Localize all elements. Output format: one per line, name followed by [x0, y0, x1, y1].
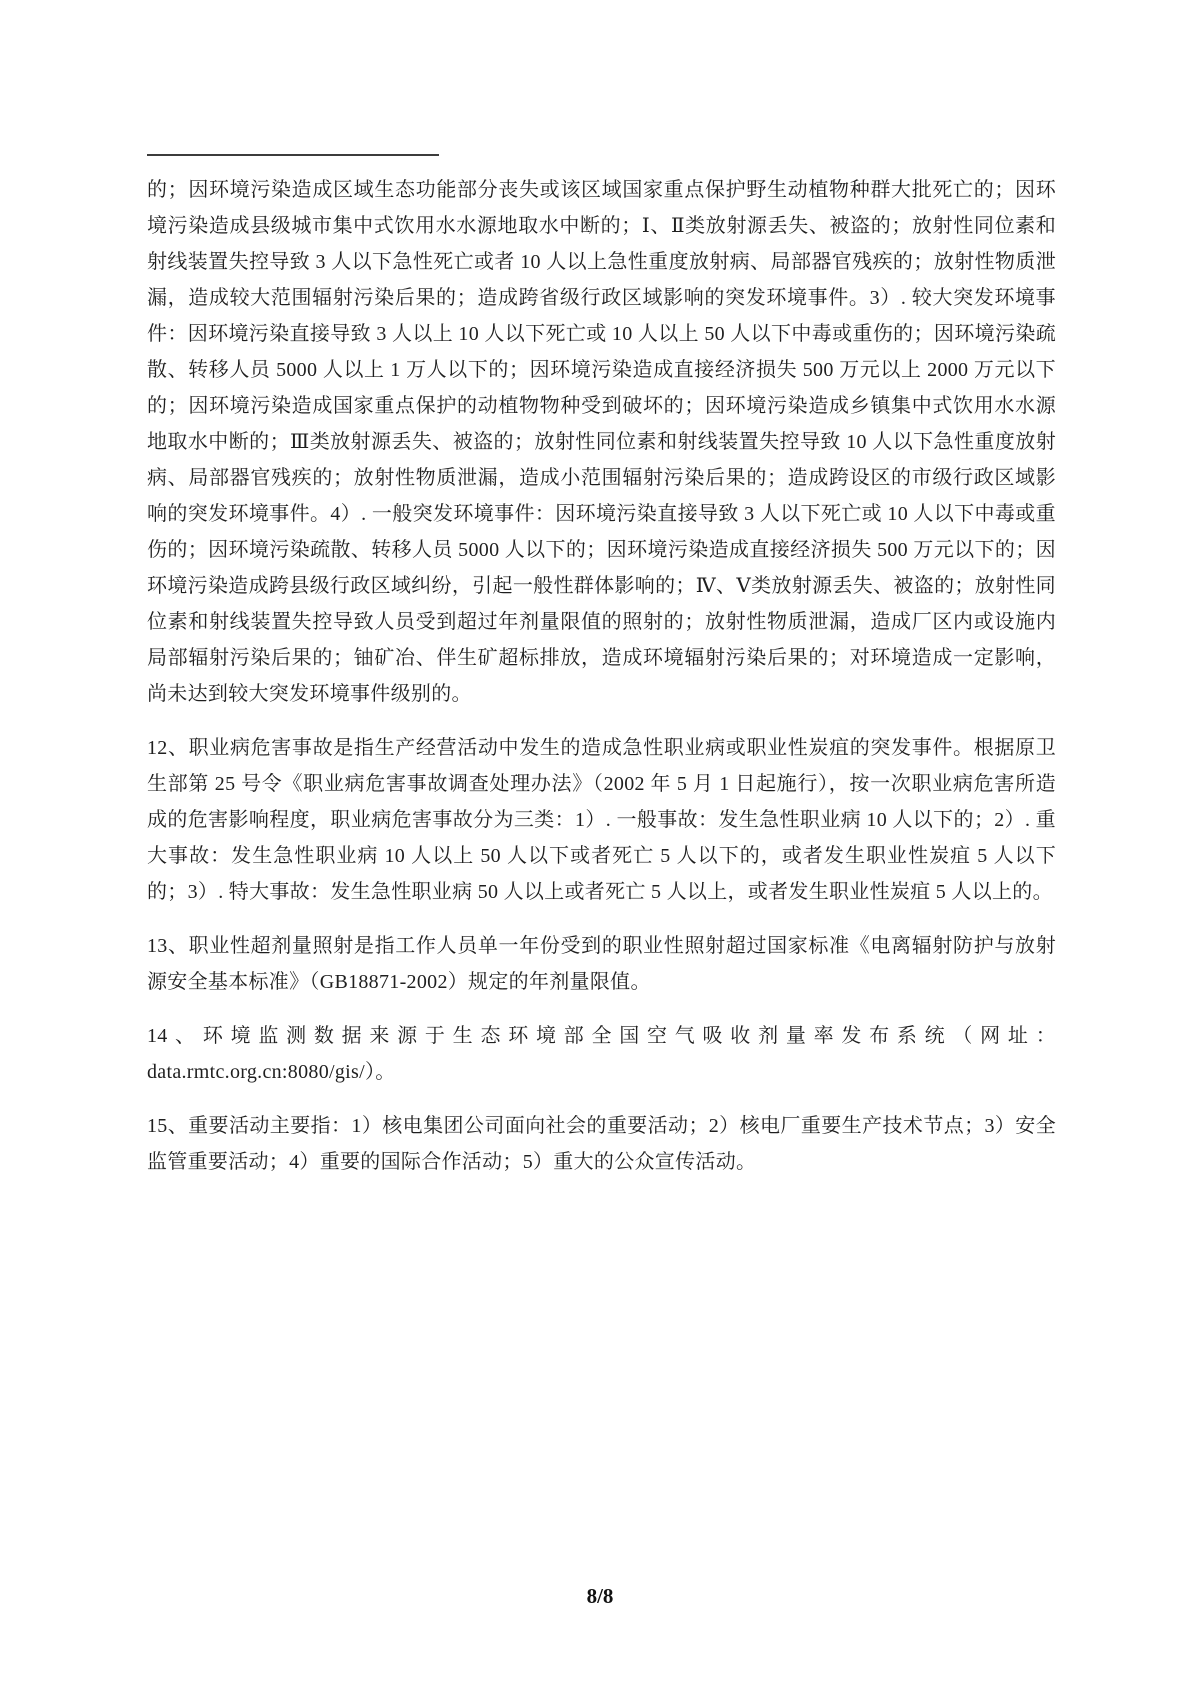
footnote-paragraph: 的；因环境污染造成区域生态功能部分丧失或该区域国家重点保护野生动植物种群大批死亡…: [147, 172, 1056, 712]
document-page: 的；因环境污染造成区域生态功能部分丧失或该区域国家重点保护野生动植物种群大批死亡…: [0, 0, 1200, 1697]
footnote-paragraph: 14、环境监测数据来源于生态环境部全国空气吸收剂量率发布系统（网址：data.r…: [147, 1018, 1056, 1090]
footnote-paragraph: 13、职业性超剂量照射是指工作人员单一年份受到的职业性照射超过国家标准《电离辐射…: [147, 928, 1056, 1000]
footnote-paragraph: 12、职业病危害事故是指生产经营活动中发生的造成急性职业病或职业性炭疽的突发事件…: [147, 730, 1056, 910]
page-number: 8/8: [0, 1578, 1200, 1614]
footnotes-section: 的；因环境污染造成区域生态功能部分丧失或该区域国家重点保护野生动植物种群大批死亡…: [147, 172, 1056, 1180]
footnote-separator-line: [147, 154, 439, 156]
footnote-paragraph: 15、重要活动主要指：1）核电集团公司面向社会的重要活动；2）核电厂重要生产技术…: [147, 1108, 1056, 1180]
